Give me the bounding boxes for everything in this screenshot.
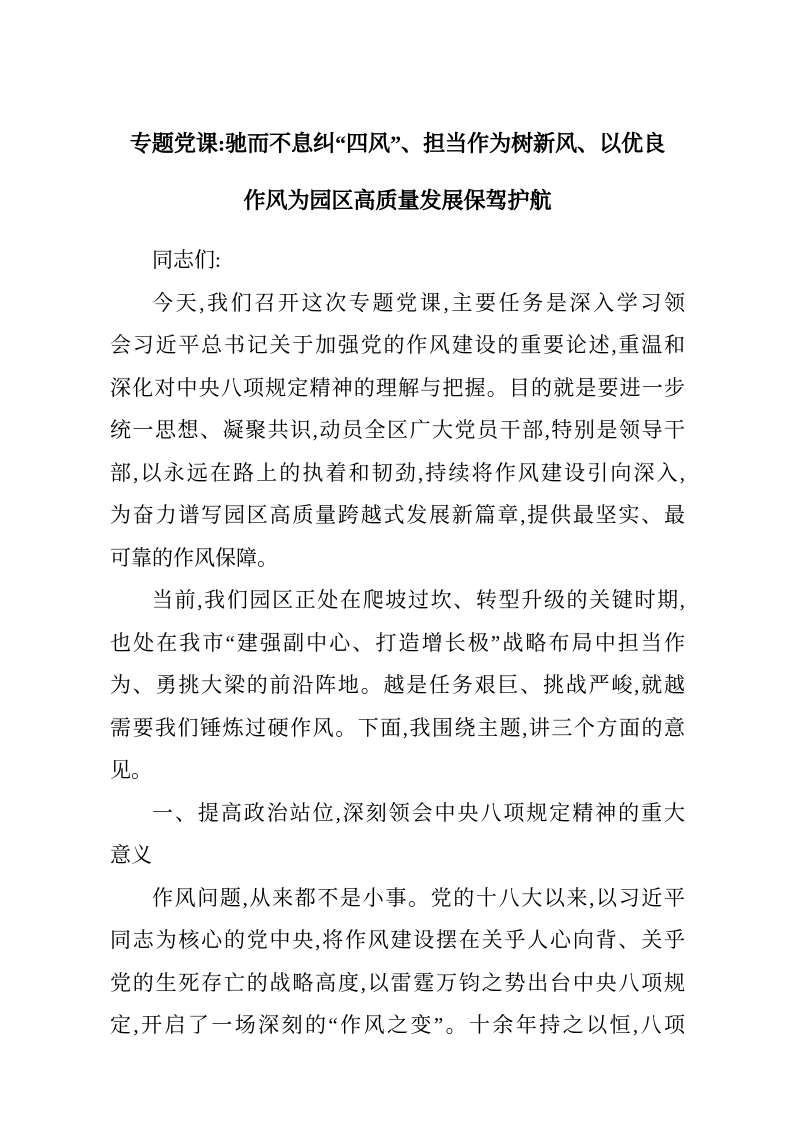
- text-line: 党的生死存亡的战略高度,以雷霆万钧之势出台中央八项规: [110, 962, 685, 1005]
- paragraph-heading: 一、提高政治站位,深刻领会中央八项规定精神的重大意义: [110, 792, 685, 877]
- text-line: 同志为核心的党中央,将作风建设摆在关乎人心向背、关乎: [110, 919, 685, 962]
- text-line: 也处在我市“建强副中心、打造增长极”战略布局中担当作: [110, 622, 685, 665]
- title-line-1: 专题党课:驰而不息纠“四风”、担当作为树新风、以优良: [110, 115, 685, 172]
- paragraph-body: 今天,我们召开这次专题党课,主要任务是深入学习领会习近平总书记关于加强党的作风建…: [110, 282, 685, 580]
- document-body: 同志们:今天,我们召开这次专题党课,主要任务是深入学习领会习近平总书记关于加强党…: [110, 239, 685, 1047]
- text-line: 定,开启了一场深刻的“作风之变”。十余年持之以恒,八项: [110, 1004, 685, 1047]
- paragraph-salutation: 同志们:: [110, 239, 685, 282]
- text-line: 为奋力谱写园区高质量跨越式发展新篇章,提供最坚实、最: [110, 494, 685, 537]
- text-line: 见。: [110, 749, 685, 792]
- title-line-2: 作风为园区高质量发展保驾护航: [110, 172, 685, 229]
- text-line: 需要我们锤炼过硬作风。下面,我围绕主题,讲三个方面的意: [110, 707, 685, 750]
- text-line: 部,以永远在路上的执着和韧劲,持续将作风建设引向深入,: [110, 452, 685, 495]
- text-line: 一、提高政治站位,深刻领会中央八项规定精神的重大: [110, 792, 685, 835]
- text-line: 会习近平总书记关于加强党的作风建设的重要论述,重温和: [110, 324, 685, 367]
- document-title: 专题党课:驰而不息纠“四风”、担当作为树新风、以优良 作风为园区高质量发展保驾护…: [110, 115, 685, 229]
- document-page: 专题党课:驰而不息纠“四风”、担当作为树新风、以优良 作风为园区高质量发展保驾护…: [0, 0, 793, 1122]
- document-content: 专题党课:驰而不息纠“四风”、担当作为树新风、以优良 作风为园区高质量发展保驾护…: [110, 115, 685, 1047]
- text-line: 同志们:: [110, 239, 685, 282]
- text-line: 可靠的作风保障。: [110, 537, 685, 580]
- paragraph-body: 作风问题,从来都不是小事。党的十八大以来,以习近平同志为核心的党中央,将作风建设…: [110, 877, 685, 1047]
- text-line: 统一思想、凝聚共识,动员全区广大党员干部,特别是领导干: [110, 409, 685, 452]
- text-line: 意义: [110, 834, 685, 877]
- text-line: 当前,我们园区正处在爬坡过坎、转型升级的关键时期,: [110, 579, 685, 622]
- text-line: 今天,我们召开这次专题党课,主要任务是深入学习领: [110, 282, 685, 325]
- paragraph-body: 当前,我们园区正处在爬坡过坎、转型升级的关键时期,也处在我市“建强副中心、打造增…: [110, 579, 685, 792]
- text-line: 深化对中央八项规定精神的理解与把握。目的就是要进一步: [110, 367, 685, 410]
- text-line: 作风问题,从来都不是小事。党的十八大以来,以习近平: [110, 877, 685, 920]
- text-line: 为、勇挑大梁的前沿阵地。越是任务艰巨、挑战严峻,就越: [110, 664, 685, 707]
